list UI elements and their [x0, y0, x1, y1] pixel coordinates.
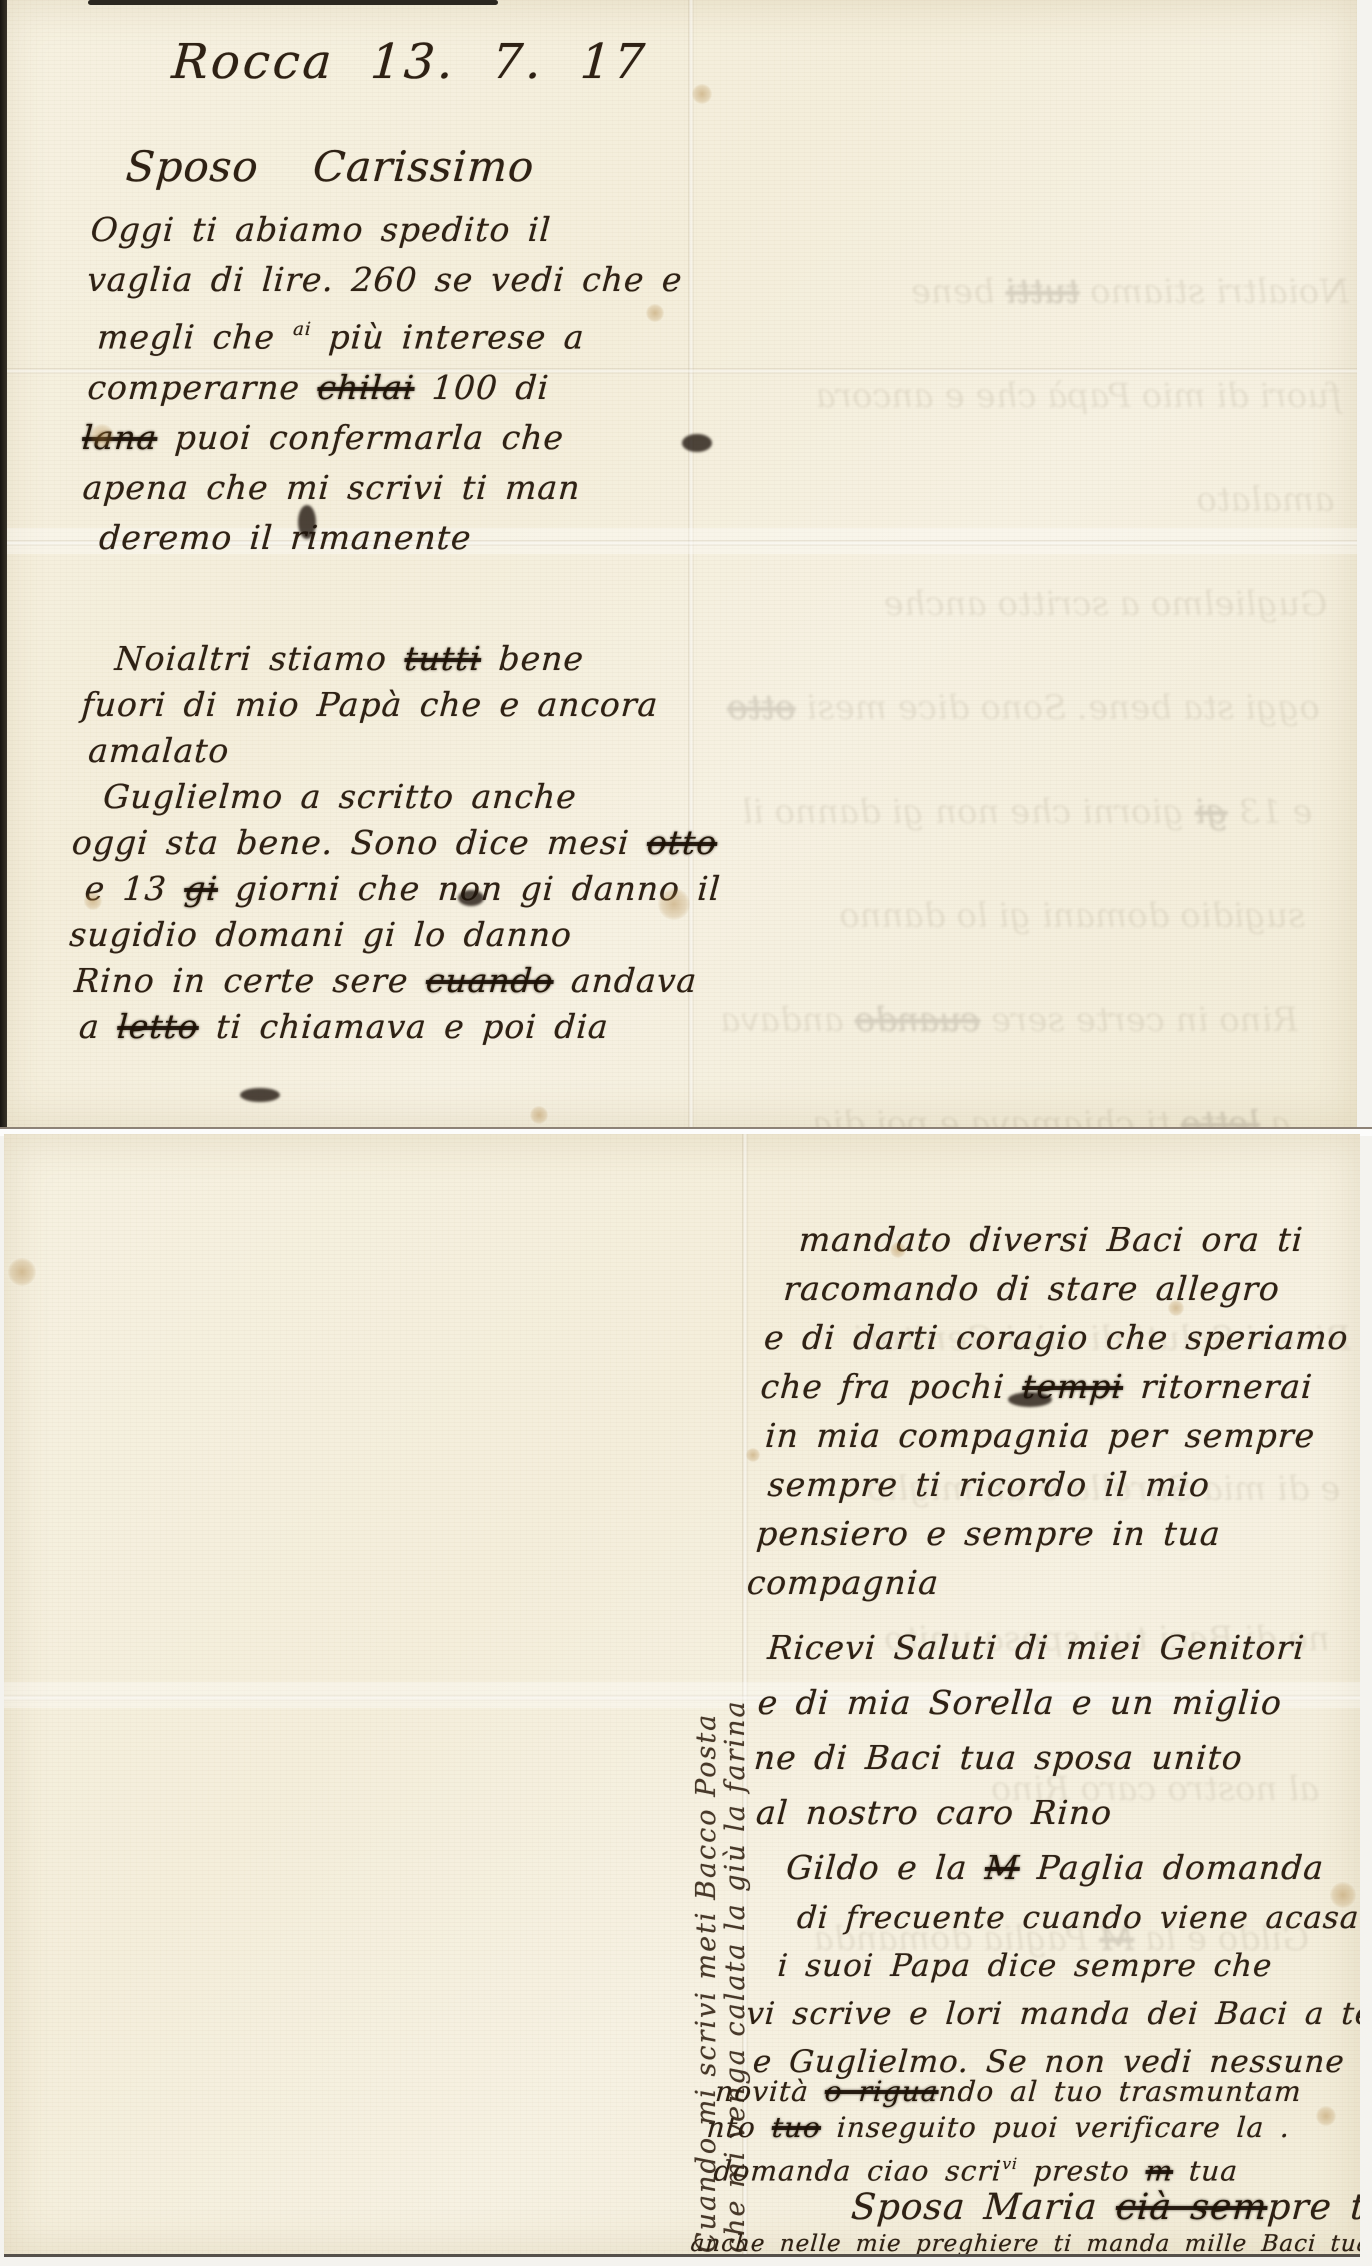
paper-stain — [646, 304, 664, 322]
handwriting-paragraph: mandato diversi Baci ora tiracomando di … — [745, 1215, 1360, 1607]
ink-text: Guglielmo a scritto anche — [102, 777, 578, 816]
ink-text: di frecuente cuando viene acasa — [796, 1900, 1360, 1936]
ink-text: inseguito puoi verificare la . — [820, 2111, 1291, 2144]
struck-word: tutti — [403, 639, 482, 678]
ink-text: bene — [480, 639, 586, 678]
paper-stain — [8, 1258, 36, 1286]
ink-text: ne di Baci tua sposa unito — [753, 1738, 1245, 1777]
struck-word: chilai — [316, 368, 416, 407]
ink-text: comperarne — [86, 368, 319, 407]
struck-word: otto — [646, 823, 719, 862]
handwritten-line: fuori di mio Papà che e ancora — [718, 344, 1345, 448]
ink-text: andava — [719, 1000, 856, 1040]
paper-stain — [1168, 1300, 1184, 1316]
ink-text: oggi sta bene. Sono dice mesi — [794, 688, 1321, 728]
ink-text: al nostro caro Rino — [755, 1793, 1114, 1832]
paper-stain — [90, 424, 114, 448]
ink-blot — [1008, 1392, 1052, 1407]
handwritten-line: nto tuo inseguito puoi verificare la . — [706, 2110, 1360, 2146]
ink-text: i suoi Papa dice sempre che — [776, 1948, 1273, 1984]
ink-text: sugidio domani gi lo danno — [68, 915, 573, 954]
ink-text: pensiero e sempre in tua — [755, 1514, 1222, 1553]
handwritten-line: a letto ti chiamava e poi dia — [78, 1004, 711, 1050]
handwritten-line: mandato diversi Baci ora ti — [797, 1215, 1360, 1264]
ink-text: novità — [714, 2075, 826, 2108]
ink-text: megli che — [96, 318, 294, 357]
ink-text: vaglia di lire. 260 se vedi che e — [86, 260, 684, 299]
struck-word: gi — [183, 869, 219, 908]
handwritten-line: a letto ti chiamava e poi dia — [667, 1072, 1294, 1127]
paper-stain — [658, 888, 690, 920]
handwritten-line: Ricevi Saluti di miei Genitori — [766, 1620, 1360, 1675]
ink-text: in mia compagnia per sempre — [764, 1416, 1317, 1455]
struck-word: o rigua — [824, 2075, 940, 2108]
ink-text: andava — [552, 961, 698, 1000]
struck-word: cuando — [853, 1000, 981, 1040]
ink-text: oggi sta bene. Sono dice mesi — [71, 823, 649, 862]
ink-text: e 13 — [1226, 792, 1314, 832]
ink-text: nto — [706, 2111, 773, 2144]
struck-word: m — [1144, 2155, 1174, 2188]
ink-text: domanda ciao scri — [713, 2155, 1003, 2188]
ink-text: tua — [1172, 2155, 1239, 2188]
handwritten-line: al nostro caro Rino — [754, 1785, 1360, 1840]
paper-stain — [890, 1242, 906, 1258]
letter-scan: Noialtri stiamo tutti benefuori di mio P… — [0, 0, 1372, 2266]
struck-word: cià sem — [1115, 2187, 1269, 2228]
struck-word: gi — [1194, 792, 1229, 832]
inserted-word: ai — [292, 319, 312, 340]
ink-text: sempre ti ricordo il mio — [766, 1465, 1211, 1504]
struck-word: M — [984, 1848, 1022, 1887]
ink-text: Noialtri stiamo — [114, 639, 406, 678]
handwritten-line: oggi sta bene. Sono dice mesi otto — [70, 820, 723, 866]
ink-text: Rino in certe sere — [73, 961, 427, 1000]
ink-text: Rino in certe sere — [979, 1000, 1300, 1040]
handwritten-line: apena che mi scrivi ti man — [81, 463, 714, 513]
handwritten-line: anche nelle mie preghiere ti manda mille… — [689, 2226, 1360, 2257]
ink-text: ritornerai — [1122, 1367, 1314, 1406]
ink-text: Guglielmo a scritto anche — [882, 584, 1328, 624]
handwritten-line: comperarne chilai 100 di — [86, 363, 721, 413]
handwritten-line: deremo il rimanente — [97, 513, 710, 563]
handwritten-line: sugidio domani gi lo danno — [68, 912, 717, 958]
handwriting-paragraph: di frecuente cuando viene acasai suoi Pa… — [741, 1894, 1360, 2086]
scan-edge — [0, 0, 7, 1127]
ink-text: racomando di stare allegro — [782, 1269, 1281, 1308]
ink-text: Noialtri stiamo — [1078, 272, 1350, 312]
struck-word: cuando — [425, 961, 555, 1000]
inserted-word: vi — [1002, 2155, 1019, 2173]
handwritten-line: domanda ciao scrivi presto m tua — [712, 2146, 1360, 2190]
ink-text: vi scrive e lori manda dei Baci a te — [745, 1996, 1360, 2032]
ink-text: deremo il rimanente — [98, 518, 473, 557]
handwritten-line: lana puoi confermarla che — [80, 413, 717, 463]
ink-text: pre ti ricorda — [1266, 2187, 1360, 2228]
handwritten-line: amalato — [87, 728, 730, 774]
handwriting-paragraph: Oggi ti abiamo spedito ilvaglia di lire.… — [67, 205, 732, 563]
handwritten-line: Noialtri stiamo tutti bene — [725, 240, 1352, 344]
ink-text: amalato — [87, 731, 231, 770]
struck-word: otto — [726, 688, 797, 728]
ink-text: apena che mi scrivi ti man — [81, 468, 582, 507]
handwritten-line: in mia compagnia per sempre — [764, 1411, 1359, 1460]
paper-stain — [84, 892, 102, 910]
handwritten-line: i suoi Papa dice sempre che — [776, 1942, 1360, 1990]
ink-text: puoi confermarla che — [156, 418, 565, 457]
handwriting-paragraph: Ricevi Saluti di miei Genitorie di mia S… — [744, 1620, 1360, 1895]
handwritten-line: pensiero e sempre in tua — [755, 1509, 1352, 1558]
ink-text: ti chiamava e poi dia — [197, 1007, 610, 1046]
ink-text: che fra pochi — [759, 1367, 1023, 1406]
handwritten-line: e di mia Sorella e un miglio — [756, 1675, 1360, 1730]
ink-text: fuori di mio Papà che e ancora — [814, 376, 1343, 416]
handwritten-line: Rino in certe sere cuando andava — [675, 968, 1302, 1072]
handwritten-line: vaglia di lire. 260 se vedi che e — [86, 255, 729, 305]
ink-text: a — [1258, 1104, 1292, 1127]
ink-blot — [682, 434, 712, 452]
ink-text: giorni che non gi danno il — [741, 792, 1197, 832]
handwritten-line: e di darti coragio che speriamo — [762, 1313, 1360, 1362]
ink-text: Paglia domanda — [1018, 1848, 1325, 1887]
letter-salutation: Sposo Carissimo — [124, 142, 536, 191]
handwritten-line: novità o riguando al tuo trasmuntam — [714, 2074, 1360, 2110]
handwritten-line: sugidio domani gi lo danno — [682, 864, 1309, 968]
handwritten-line: oggi sta bene. Sono dice mesi otto — [696, 656, 1323, 760]
handwritten-line: Guglielmo a scritto anche — [704, 552, 1331, 656]
struck-word: tutti — [1004, 272, 1081, 312]
handwriting-paragraph: Noialtri stiamo tutti benefuori di mio P… — [58, 636, 737, 1050]
handwritten-line: megli che ai più interese a — [95, 305, 725, 363]
struck-word: letto — [1180, 1104, 1262, 1127]
letter-dateline: Rocca 13. 7. 17 — [170, 34, 649, 90]
ink-text: a — [78, 1007, 119, 1046]
struck-word: tuo — [771, 2111, 822, 2144]
handwritten-line: compagnia — [745, 1558, 1348, 1607]
handwritten-line: Sposa Maria cià sempre ti ricorda — [850, 2190, 1360, 2226]
ink-text: mandato diversi Baci ora ti — [798, 1220, 1305, 1259]
ink-blot — [298, 505, 316, 539]
ink-text: Gildo e la — [785, 1848, 986, 1887]
handwritten-line: racomando di stare allegro — [782, 1264, 1360, 1313]
ink-blot — [240, 1088, 280, 1102]
struck-word: letto — [116, 1007, 200, 1046]
ink-text: anche nelle mie preghiere ti manda mille… — [690, 2231, 1360, 2257]
handwritten-line: che fra pochi tempi ritornerai — [759, 1362, 1360, 1411]
ink-text: più interese a — [310, 318, 586, 357]
handwritten-line: di frecuente cuando viene acasa — [795, 1894, 1360, 1942]
ink-blot — [458, 890, 484, 906]
ink-text: ti chiamava e poi dia — [811, 1104, 1183, 1127]
handwritten-line: e 13 gi giorni che non gi danno il — [83, 866, 720, 912]
handwritten-line: ne di Baci tua sposa unito — [752, 1730, 1360, 1785]
ink-text: bene — [910, 272, 1008, 312]
paper-stain — [1316, 2106, 1336, 2126]
ink-text: presto — [1016, 2155, 1146, 2188]
handwritten-line: vi scrive e lori manda dei Baci a te — [745, 1990, 1360, 2038]
handwriting-paragraph: novità o riguando al tuo trasmuntamnto t… — [697, 2074, 1360, 2257]
ink-text: Oggi ti abiamo spedito il — [89, 210, 552, 249]
handwritten-line: Rino in certe sere cuando andava — [73, 958, 714, 1004]
letter-sheet-2: Ricevi Saluti di miei Genitorie di mia S… — [4, 1134, 1360, 2257]
handwritten-line: Guglielmo a scritto anche — [102, 774, 727, 820]
paper-stain — [530, 1106, 548, 1124]
paper-stain — [692, 84, 712, 104]
ink-text: Ricevi Saluti di miei Genitori — [766, 1628, 1306, 1667]
ink-text: amalato — [1195, 480, 1336, 520]
handwritten-line: sempre ti ricordo il mio — [766, 1460, 1355, 1509]
handwritten-line: fuori di mio Papà che e ancora — [80, 682, 733, 728]
scan-edge — [88, 0, 498, 5]
ink-text: ndo al tuo trasmuntam — [937, 2075, 1302, 2108]
ink-text: compagnia — [746, 1563, 941, 1602]
handwritten-line: e 13 gi giorni che non gi danno il — [689, 760, 1316, 864]
paper-stain — [746, 1448, 760, 1462]
letter-sheet-1: Noialtri stiamo tutti benefuori di mio P… — [0, 0, 1357, 1127]
handwritten-line: Oggi ti abiamo spedito il — [89, 205, 732, 255]
handwritten-line: Gildo e la M Paglia domanda — [784, 1840, 1358, 1895]
ink-text: e di darti coragio che speriamo — [763, 1318, 1350, 1357]
handwritten-line: Noialtri stiamo tutti bene — [113, 636, 736, 682]
ink-text: 100 di — [413, 368, 550, 407]
paper-stain — [1330, 1882, 1356, 1908]
ink-text: fuori di mio Papà che e ancora — [80, 685, 659, 724]
ink-text: sugidio domani gi lo danno — [838, 896, 1307, 936]
ink-text: e di mia Sorella e un miglio — [756, 1683, 1283, 1722]
ink-text: Sposa Maria — [850, 2187, 1118, 2228]
